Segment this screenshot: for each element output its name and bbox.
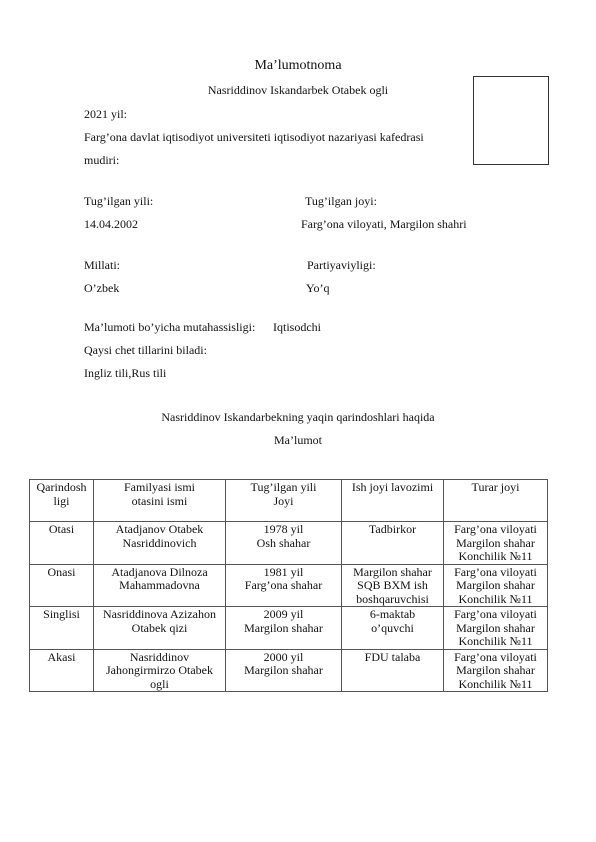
party-value: Yo’q xyxy=(306,281,329,295)
cell-text: Margilon shahar xyxy=(228,622,339,636)
cell-text: 6-maktab xyxy=(344,608,441,622)
cell-relation: Otasi xyxy=(30,522,94,565)
cell-relation: Singlisi xyxy=(30,607,94,650)
cell-text: Tug’ilgan yili xyxy=(228,481,339,495)
table-row: OtasiAtadjanov OtabekNasriddinovich1978 … xyxy=(30,522,548,565)
cell-residence: Farg’ona viloyatiMargilon shaharKonchili… xyxy=(444,607,548,650)
cell-text: Margilon shahar xyxy=(446,579,545,593)
year-line: 2021 yil: xyxy=(84,107,127,121)
cell-text: Atadjanov Otabek xyxy=(96,523,223,537)
position-line-2: mudiri: xyxy=(84,153,119,167)
cell-text: 2009 yil xyxy=(228,608,339,622)
column-header: Tug’ilgan yiliJoyi xyxy=(226,480,342,522)
cell-birth: 2009 yilMargilon shahar xyxy=(226,607,342,650)
cell-text: Osh shahar xyxy=(228,537,339,551)
cell-job: 6-maktabo’quvchi xyxy=(342,607,444,650)
cell-text: SQB BXM ish xyxy=(344,579,441,593)
cell-text: Nasriddinovich xyxy=(96,537,223,551)
table-row: SinglisiNasriddinova AzizahonOtabek qizi… xyxy=(30,607,548,650)
cell-text: o’quvchi xyxy=(344,622,441,636)
cell-text: 2000 yil xyxy=(228,651,339,665)
cell-text: Akasi xyxy=(32,651,91,665)
cell-text: Otasi xyxy=(32,523,91,537)
cell-text: Farg’ona shahar xyxy=(228,579,339,593)
relatives-subheading: Ma’lumot xyxy=(0,433,596,447)
cell-text: Konchilik №11 xyxy=(446,593,545,607)
cell-text: Farg’ona viloyati xyxy=(446,523,545,537)
cell-name: Atadjanov OtabekNasriddinovich xyxy=(94,522,226,565)
table-row: AkasiNasriddinovJahongirmirzo Otabek ogl… xyxy=(30,649,548,692)
cell-text: Farg’ona viloyati xyxy=(446,651,545,665)
cell-text: Margilon shahar xyxy=(446,622,545,636)
cell-residence: Farg’ona viloyatiMargilon shaharKonchili… xyxy=(444,522,548,565)
cell-text: 1981 yil xyxy=(228,566,339,580)
position-line-1: Farg’ona davlat iqtisodiyot universiteti… xyxy=(84,130,424,144)
column-header: Turar joyi xyxy=(444,480,548,522)
cell-text: Tadbirkor xyxy=(344,523,441,537)
cell-text: Konchilik №11 xyxy=(446,678,545,692)
cell-text: Qarindosh xyxy=(32,481,91,495)
cell-text: Joyi xyxy=(228,495,339,509)
cell-job: Tadbirkor xyxy=(342,522,444,565)
cell-text: Ish joyi lavozimi xyxy=(344,481,441,495)
cell-job: Margilon shaharSQB BXM ishboshqaruvchisi xyxy=(342,564,444,607)
column-header: Qarindoshligi xyxy=(30,480,94,522)
cell-text: Jahongirmirzo Otabek ogli xyxy=(96,664,223,691)
cell-text: Otabek qizi xyxy=(96,622,223,636)
cell-text: Farg’ona viloyati xyxy=(446,566,545,580)
cell-text: Mahammadovna xyxy=(96,579,223,593)
cell-text: Margilon shahar xyxy=(228,664,339,678)
relatives-heading: Nasriddinov Iskandarbekning yaqin qarind… xyxy=(0,410,596,424)
table-header-row: QarindoshligiFamilyasi ismiotasini ismiT… xyxy=(30,480,548,522)
cell-birth: 1981 yilFarg’ona shahar xyxy=(226,564,342,607)
cell-text: Margilon shahar xyxy=(446,537,545,551)
cell-text: boshqaruvchisi xyxy=(344,593,441,607)
cell-text: Singlisi xyxy=(32,608,91,622)
party-label: Partiyaviyligi: xyxy=(307,258,376,272)
cell-relation: Onasi xyxy=(30,564,94,607)
cell-job: FDU talaba xyxy=(342,649,444,692)
document-title: Ma’lumotnoma xyxy=(0,59,596,73)
cell-text: Familyasi ismi xyxy=(96,481,223,495)
specialty-label: Ma’lumoti bo’yicha mutahassisligi: xyxy=(84,320,255,334)
cell-name: Atadjanova DilnozaMahammadovna xyxy=(94,564,226,607)
cell-text: Konchilik №11 xyxy=(446,635,545,649)
cell-name: NasriddinovJahongirmirzo Otabek ogli xyxy=(94,649,226,692)
column-header: Familyasi ismiotasini ismi xyxy=(94,480,226,522)
birth-place-label: Tug’ilgan joyi: xyxy=(305,194,377,208)
cell-relation: Akasi xyxy=(30,649,94,692)
cell-text: Margilon shahar xyxy=(446,664,545,678)
cell-text: Turar joyi xyxy=(446,481,545,495)
nationality-value: O’zbek xyxy=(84,281,119,295)
cell-text: Farg’ona viloyati xyxy=(446,608,545,622)
photo-placeholder xyxy=(473,76,549,165)
cell-text: Nasriddinova Azizahon xyxy=(96,608,223,622)
column-header: Ish joyi lavozimi xyxy=(342,480,444,522)
cell-text: Nasriddinov xyxy=(96,651,223,665)
cell-name: Nasriddinova AzizahonOtabek qizi xyxy=(94,607,226,650)
cell-text: Margilon shahar xyxy=(344,566,441,580)
cell-birth: 2000 yilMargilon shahar xyxy=(226,649,342,692)
cell-text: Onasi xyxy=(32,566,91,580)
cell-text: Konchilik №11 xyxy=(446,550,545,564)
cell-birth: 1978 yilOsh shahar xyxy=(226,522,342,565)
cell-residence: Farg’ona viloyatiMargilon shaharKonchili… xyxy=(444,649,548,692)
cell-text: FDU talaba xyxy=(344,651,441,665)
specialty-value: Iqtisodchi xyxy=(273,320,321,334)
nationality-label: Millati: xyxy=(84,258,120,272)
birth-year-label: Tug’ilgan yili: xyxy=(84,194,153,208)
cell-text: otasini ismi xyxy=(96,495,223,509)
birth-place-value: Farg’ona viloyati, Margilon shahri xyxy=(301,217,467,231)
languages-label: Qaysi chet tillarini biladi: xyxy=(84,343,207,357)
cell-residence: Farg’ona viloyatiMargilon shaharKonchili… xyxy=(444,564,548,607)
languages-value: Ingliz tili,Rus tili xyxy=(84,366,166,380)
table-row: OnasiAtadjanova DilnozaMahammadovna1981 … xyxy=(30,564,548,607)
birth-year-value: 14.04.2002 xyxy=(84,217,138,231)
relatives-table: QarindoshligiFamilyasi ismiotasini ismiT… xyxy=(29,479,548,692)
cell-text: Atadjanova Dilnoza xyxy=(96,566,223,580)
cell-text: ligi xyxy=(32,495,91,509)
cell-text: 1978 yil xyxy=(228,523,339,537)
